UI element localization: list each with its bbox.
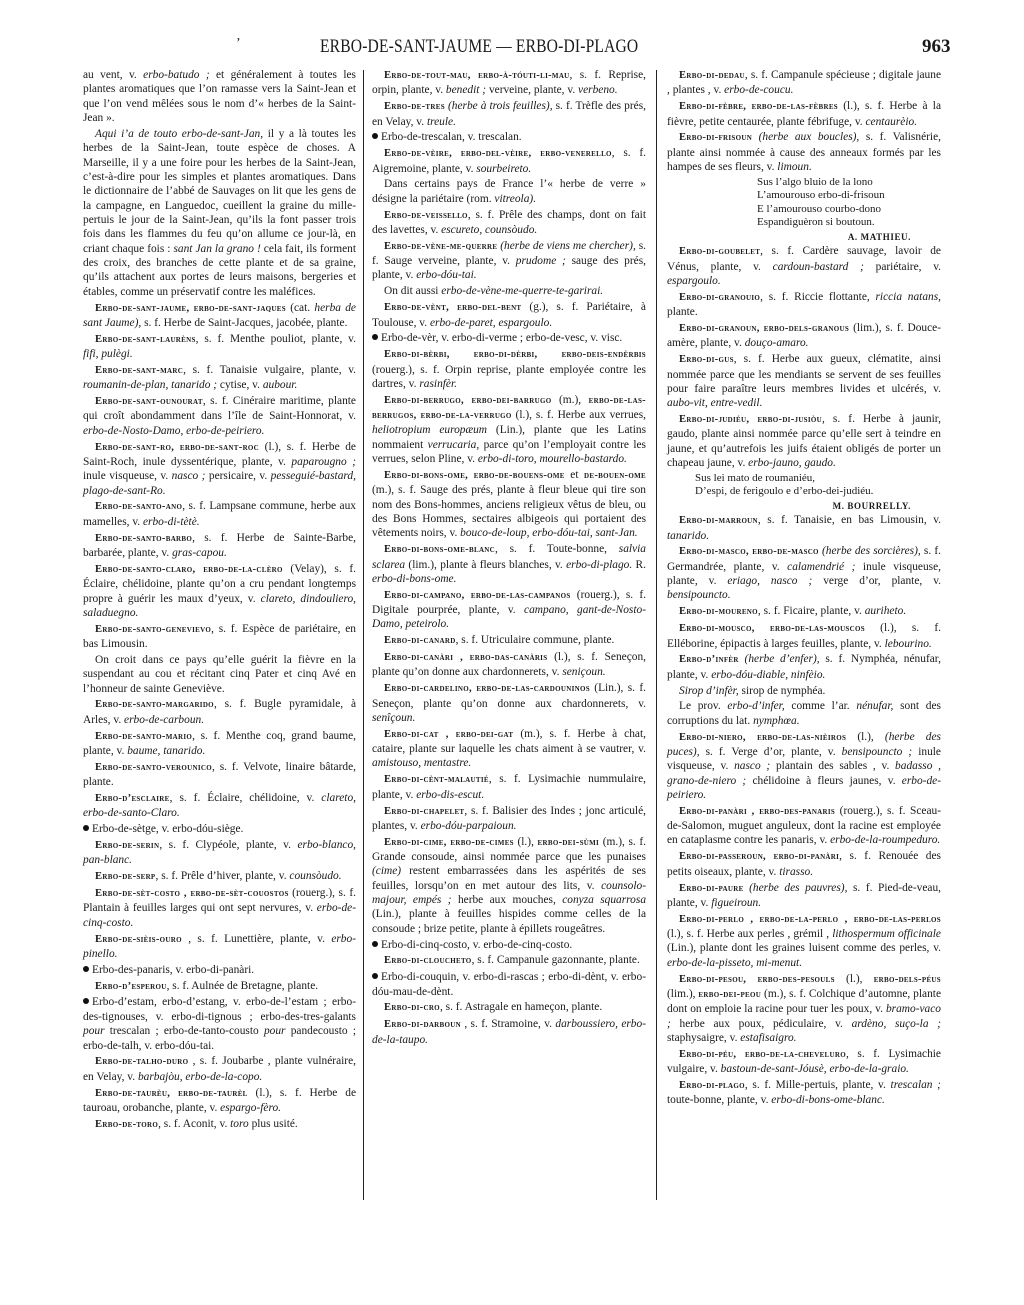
headword: Erbo-de-vène-me-querre	[384, 241, 497, 252]
body-text: On dit aussi	[384, 285, 441, 297]
dictionary-entry: Erbo-di-marroun, s. f. Tanaisie, en bas …	[667, 513, 941, 543]
headword: Erbo-de-taurèu, erbo-de-taurèl	[95, 1088, 248, 1099]
italic-text: verrucaria,	[428, 439, 484, 451]
headword: Erbo-di-bèrbi, erbo-di-dèrbi, erbo-deis-…	[384, 349, 646, 360]
body-text: , s. f. Tanaisie vulgaire, plante, v.	[183, 364, 356, 376]
headword: Erbo-d’esclaire	[95, 793, 170, 804]
headword: Erbo-di-cime, erbo-de-cimes	[384, 837, 514, 848]
continued-text: au vent, v. erbo-batudo ; et généralemen…	[83, 68, 356, 125]
italic-text: erbo-jauno, gaudo.	[748, 457, 836, 469]
body-text: R.	[636, 559, 646, 571]
dictionary-entry: Erbo-de-vène-me-querre (herbe de viens m…	[372, 239, 646, 283]
body-text: plus usité.	[252, 1118, 298, 1130]
italic-text: (cime)	[372, 865, 409, 877]
headword: Erbo-di-péu, erbo-de-la-cheveluro	[679, 1049, 846, 1060]
italic-text: erbo-di-plago.	[566, 559, 635, 571]
italic-text: erbo-di-tètè.	[143, 516, 200, 528]
headword: Erbo-di-marroun	[679, 515, 758, 526]
dictionary-entry: Erbo-de-veissello, s. f. Prêle des champ…	[372, 208, 646, 238]
italic-text: bouco-de-loup, erbo-dóu-tai, sant-Jan.	[460, 527, 637, 539]
body-text: , s. f. Mille-pertuis, plante, v.	[745, 1079, 891, 1091]
headword: Erbo-d’esperou	[95, 981, 167, 992]
headword: Erbo-de-sèt-costo , erbo-de-sèt-couostos	[95, 888, 289, 899]
headword: Erbo-de-tout-mau, erbo-à-tóuti-li-mau	[384, 70, 570, 81]
italic-text: aubour.	[263, 379, 298, 391]
dictionary-entry: Erbo-d’esclaire, s. f. Éclaire, chélidoi…	[83, 791, 356, 821]
italic-text: benedit ;	[446, 84, 489, 96]
stray-mark: ʼ	[236, 36, 241, 52]
italic-text: douço-amaro.	[745, 337, 809, 349]
headword: Erbo-de-toro	[95, 1119, 158, 1130]
headword: Erbo-de-sant-jaume, erbo-de-sant-jaques	[95, 303, 286, 314]
italic-text: verbeno.	[578, 84, 618, 96]
headword: Erbo-di-goubelet	[679, 246, 760, 257]
dictionary-entry: Erbo-di-granouio, s. f. Riccie flottante…	[667, 290, 941, 320]
headword: Erbo-di-panàri , erbo-des-panaris	[679, 806, 835, 817]
bullet-icon	[372, 334, 378, 340]
italic-text: toro	[230, 1118, 251, 1130]
verse-line: D’espi, de ferigoulo e d’erbo-dei-judiéu…	[667, 485, 941, 499]
headword: Erbo-di-plago	[679, 1080, 745, 1091]
body-text: s. f. Herbe de Saint-Jacques, jacobée, p…	[144, 317, 347, 329]
italic-text: senîçoun.	[372, 712, 415, 724]
italic-text: erbo-dóu-tai.	[416, 269, 476, 281]
headword: Erbo-di-cènt-malautié	[384, 774, 489, 785]
headword: Erbo-di-canàri , erbo-das-canàris	[384, 652, 547, 663]
body-text: chélidoine à fleurs jaunes, v.	[752, 775, 901, 787]
cross-reference-entry: Erbo-de-vèr, v. erbo-di-verme ; erbo-de-…	[372, 331, 646, 345]
dictionary-entry: On croit dans ce pays qu’elle guérit la …	[83, 653, 356, 696]
dictionary-entry: Erbo-di-perlo , erbo-de-la-perlo , erbo-…	[667, 912, 941, 970]
bullet-icon	[372, 941, 378, 947]
column-1: au vent, v. erbo-batudo ; et généralemen…	[83, 68, 356, 1134]
bullet-icon	[372, 133, 378, 139]
italic-text: erbo-de-Nosto-Damo, erbo-de-peiriero.	[83, 425, 264, 437]
dictionary-entry: Erbo-di-cat , erbo-dei-gat (m.), s. f. H…	[372, 727, 646, 771]
verse-line: L’amourouso erbo-di-frisoun	[667, 189, 941, 203]
italic-text: (herbe à trois feuilles),	[445, 100, 556, 112]
body-text: , s. f. Ficaire, plante, v.	[758, 605, 865, 617]
body-text: Erbo-de-vèr, v. erbo-di-verme ; erbo-de-…	[381, 332, 622, 344]
headword: erbo-dels-péus	[874, 974, 941, 985]
body-text: sirop de nymphéa.	[742, 685, 826, 697]
italic-text: pour	[264, 1025, 291, 1037]
body-text: persicaire, v.	[209, 470, 271, 482]
italic-text: tanarido.	[667, 530, 709, 542]
italic-text: (herbe des pauvres),	[744, 882, 853, 894]
italic-text: sourbeireto.	[476, 163, 531, 175]
headword: Erbo-de-tres	[384, 101, 445, 112]
dictionary-entry: Erbo-d’infèr (herbe d’enfer), s. f. Nymp…	[667, 652, 941, 682]
body-text: Erbo-di-cinq-costo, v. erbo-de-cinq-cost…	[381, 939, 572, 951]
body-text: plantain des sables , v.	[776, 760, 895, 772]
quote-author: A. MATHIEU.	[667, 230, 911, 244]
dictionary-entry: Erbo-de-sant-jaume, erbo-de-sant-jaques …	[83, 301, 356, 331]
body-text: , s. f. Stramoine, v.	[461, 1018, 555, 1030]
verse-line: E l’amourouso courbo-dono	[667, 203, 941, 217]
headword: Erbo-di-perlo , erbo-de-la-perlo , erbo-…	[679, 914, 941, 925]
dictionary-entry: Erbo-de-talho-duro , s. f. Joubarbe , pl…	[83, 1054, 356, 1084]
verse-line: Sus lei mato de roumaniéu,	[667, 472, 941, 486]
body-text: (l.),	[835, 973, 874, 985]
dictionary-entry: Erbo-di-bèrbi, erbo-di-dèrbi, erbo-deis-…	[372, 347, 646, 391]
italic-text: Sirop d’infèr,	[679, 685, 742, 697]
body-text: verveine, plante, v.	[489, 84, 578, 96]
headword: Erbo-di-frisoun	[679, 132, 752, 143]
body-text: (lim.), plante à fleurs blanches, v.	[408, 559, 566, 571]
body-text: inule visqueuse, v.	[83, 470, 172, 482]
italic-text: baume, tanarido.	[127, 745, 205, 757]
headword: Erbo-de-sièis-ouro	[95, 934, 182, 945]
dictionary-entry: On dit aussi erbo-de-vène-me-querre-te-g…	[372, 284, 646, 298]
italic-text: bensipouncto.	[667, 589, 731, 601]
italic-text: erbo-dóu-parpaioun.	[421, 820, 517, 832]
headword: Erbo-di-mousco, erbo-de-las-mouscos	[679, 623, 865, 634]
dictionary-entry: Erbo-de-santo-mario, s. f. Menthe coq, g…	[83, 729, 356, 759]
body-text: (l.),	[846, 731, 885, 743]
headword: Erbo-di-bons-ome, erbo-de-bouens-ome	[384, 470, 565, 481]
italic-text: espargo-fèro.	[220, 1102, 281, 1114]
italic-text: amistouso, mentastre.	[372, 757, 471, 769]
italic-text: erbo-dóu-diable, ninfèio.	[711, 669, 825, 681]
italic-text: prudome ;	[516, 255, 572, 267]
dictionary-entry: Erbo-de-sant-ounourat, s. f. Cinéraire m…	[83, 394, 356, 438]
italic-text: seniçoun.	[562, 666, 605, 678]
body-text: On croit dans ce pays qu’elle guérit la …	[83, 654, 356, 695]
headword: Erbo-de-sant-laurèns	[95, 334, 196, 345]
dictionary-entry: Erbo-d’esperou, s. f. Aulnée de Bretagne…	[83, 979, 356, 994]
headword: Erbo-di-chapelet	[384, 806, 464, 817]
italic-text: paparougno ;	[291, 456, 356, 468]
italic-text: (herbe aux boucles),	[752, 131, 866, 143]
italic-text: (herbe de viens me chercher),	[497, 240, 638, 252]
headword: Erbo-di-judiéu, erbo-di-jusiòu	[679, 414, 822, 425]
dictionary-entry: Erbo-di-cime, erbo-de-cimes (l.), erbo-d…	[372, 835, 646, 936]
headword: Erbo-di-canard	[384, 635, 456, 646]
dictionary-entry: Erbo-de-santo-verounico, s. f. Velvote, …	[83, 760, 356, 790]
body-text: (l.), s. f. Herbe aux verrues,	[512, 409, 646, 421]
body-text: Erbo-di-couquin, v. erbo-di-rascas ; erb…	[372, 971, 646, 997]
headword: Erbo-di-gus	[679, 354, 734, 365]
italic-text: erbo-di-toro, mourello-bastardo.	[478, 453, 627, 465]
body-text: , s. f. Aulnée de Bretagne, plante.	[167, 980, 319, 992]
body-text: toute-bonne, plante, v.	[667, 1094, 771, 1106]
italic-text: espargoulo.	[667, 275, 721, 287]
italic-text: gras-capou.	[172, 547, 227, 559]
dictionary-entry: Erbo-di-chapelet, s. f. Balisier des Ind…	[372, 804, 646, 834]
headword: Erbo-di-campano, erbo-de-las-campanos	[384, 590, 571, 601]
dictionary-entry: Erbo-di-canard, s. f. Utriculaire commun…	[372, 633, 646, 648]
italic-text: trescalan ;	[891, 1079, 941, 1091]
column-3: Erbo-di-dedau, s. f. Campanule spécieuse…	[667, 68, 941, 1109]
body-text: (Lin.), plante à feuilles hispides comme…	[372, 908, 646, 934]
italic-text: erbo-di-bons-ome.	[372, 573, 456, 585]
italic-text: limoun.	[777, 161, 812, 173]
body-text: (l.), s. f. Herbe aux perles , grémil ,	[667, 928, 832, 940]
dictionary-entry: Erbo-di-péu, erbo-de-la-cheveluro, s. f.…	[667, 1047, 941, 1077]
dictionary-entry: Erbo-di-cro, s. f. Astragale en hameçon,…	[372, 1000, 646, 1015]
dictionary-entry: Erbo-di-granoun, erbo-dels-granous (lim.…	[667, 321, 941, 351]
italic-text: nasco ;	[172, 470, 209, 482]
italic-text: erbo-de-la-roumpeduro.	[830, 834, 940, 846]
body-text: (cat.	[286, 302, 314, 314]
body-text: et	[565, 469, 584, 481]
body-text: , s. f. Clypéole, plante, v.	[159, 839, 297, 851]
italic-text: erbo-dis-escut.	[416, 789, 484, 801]
dictionary-entry: Erbo-di-campano, erbo-de-las-campanos (r…	[372, 588, 646, 632]
italic-text: erbo-de-carboun.	[124, 714, 204, 726]
quote-author: M. BOURRELLY.	[667, 499, 911, 513]
italic-text: nymphœa.	[753, 715, 800, 727]
dictionary-entry: Erbo-di-moureno, s. f. Ficaire, plante, …	[667, 604, 941, 619]
body-text: (Lin.), plante dont les graines luisent …	[667, 942, 941, 954]
bullet-icon	[83, 998, 89, 1004]
body-text: (lim.),	[667, 988, 698, 1000]
dictionary-entry: Erbo-de-sèt-costo , erbo-de-sèt-couostos…	[83, 886, 356, 930]
italic-text: pour	[83, 1025, 110, 1037]
headword: Erbo-di-cat , erbo-dei-gat	[384, 729, 513, 740]
headword: Erbo-de-santo-genevievo	[95, 624, 211, 635]
dictionary-entry: Erbo-de-sant-ro, erbo-de-sant-roc (l.), …	[83, 440, 356, 498]
dictionary-entry: Erbo-di-goubelet, s. f. Cardère sauvage,…	[667, 244, 941, 288]
dictionary-entry: Erbo-de-vèire, erbo-del-vèire, erbo-vene…	[372, 146, 646, 176]
dictionary-entry: Erbo-de-serin, s. f. Clypéole, plante, v…	[83, 838, 356, 868]
headword: Erbo-de-santo-verounico	[95, 762, 212, 773]
italic-text: auriheto.	[865, 605, 906, 617]
dictionary-entry: Erbo-di-frisoun (herbe aux boucles), s. …	[667, 130, 941, 174]
body-text: (l.),	[514, 836, 538, 848]
headword: Erbo-de-santo-barbo	[95, 533, 192, 544]
headword: Erbo-di-passeroun, erbo-di-panàri	[679, 851, 839, 862]
body-text: Erbo-de-sètge, v. erbo-dóu-siège.	[92, 823, 243, 835]
italic-text: bastoun-de-sant-Jóusè, erbo-de-la-graio.	[721, 1063, 909, 1075]
bullet-icon	[83, 825, 89, 831]
body-text: , s. f. Lunettière, plante, v.	[182, 933, 331, 945]
headword: Erbo-de-sant-ro, erbo-de-sant-roc	[95, 442, 259, 453]
headword: Erbo-de-santo-claro, erbo-de-la-clèro	[95, 564, 283, 575]
italic-text: counsòudo.	[289, 870, 341, 882]
headword: Erbo-di-niero, erbo-de-las-nièiros	[679, 732, 846, 743]
headword: Erbo-di-dedau	[679, 70, 745, 81]
body-text: pariétaire, v.	[876, 261, 941, 273]
headword: Erbo-di-cardelino, erbo-de-las-cardounin…	[384, 683, 590, 694]
italic-text: roumanin-de-plan, tanarido ;	[83, 379, 220, 391]
headword: erbo-dei-peou	[698, 989, 761, 1000]
body-text: trescalan ; erbo-de-tanto-cousto	[110, 1025, 264, 1037]
italic-text: erbo-di-bons-ome-blanc.	[771, 1094, 885, 1106]
headword: Erbo-de-santo-margarido	[95, 699, 214, 710]
italic-text: (herbe d’enfer),	[739, 653, 826, 665]
body-text: , s. f. Riccie flottante,	[760, 291, 875, 303]
headword: Erbo-di-granouio	[679, 292, 760, 303]
column-divider	[363, 70, 364, 1200]
dictionary-entry: Sirop d’infèr, sirop de nymphéa.	[667, 684, 941, 698]
body-text: , s. f. Prêle d’hiver, plante, v.	[156, 870, 290, 882]
headword: de-bouen-ome	[584, 470, 646, 481]
body-text: il y a là toutes les herbes de la Saint-…	[83, 128, 356, 255]
italic-text: erbo-de-coucu.	[724, 84, 793, 96]
italic-text: vitreola).	[494, 193, 536, 205]
headword: Erbo-di-cloucheto	[384, 955, 472, 966]
body-text: s. f. Verge d’or, plante, v.	[706, 746, 842, 758]
body-text: Erbo-d’estam, erbo-d’estang, v. erbo-de-…	[83, 996, 356, 1022]
dictionary-entry: Erbo-de-vènt, erbo-del-bent (g.), s. f. …	[372, 300, 646, 330]
body-text: plante.	[667, 306, 698, 318]
body-text: (rouerg.), s. f. Orpin reprise, plante e…	[372, 364, 646, 390]
dictionary-entry: Erbo-di-plago, s. f. Mille-pertuis, plan…	[667, 1078, 941, 1108]
italic-text: eriago, nasco ;	[727, 575, 823, 587]
headword: Erbo-de-santo-ano	[95, 501, 182, 512]
headword: Erbo-di-pesou, erbo-des-pesouls	[679, 974, 835, 985]
italic-text: centaurèio.	[866, 116, 918, 128]
headword: Erbo-de-vèire, erbo-del-vèire, erbo-vene…	[384, 148, 612, 159]
cross-reference-entry: Erbo-de-sètge, v. erbo-dóu-siège.	[83, 822, 356, 836]
dictionary-entry: Erbo-di-passeroun, erbo-di-panàri, s. f.…	[667, 849, 941, 879]
headword: erbo-dei-sùmi	[538, 837, 600, 848]
verse-line: Sus l’algo bluio de la lono	[667, 176, 941, 190]
verse-line: Espandiguèron si boutoun.	[667, 216, 941, 230]
italic-text: lebourino.	[885, 638, 932, 650]
cross-reference-entry: Erbo-des-panaris, v. erbo-di-panàri.	[83, 963, 356, 977]
headword: Erbo-d’infèr	[679, 654, 739, 665]
dictionary-entry: Erbo-di-judiéu, erbo-di-jusiòu, s. f. He…	[667, 412, 941, 470]
italic-text: heliotropium europæum	[372, 424, 496, 436]
italic-text: (herbe des sorcières),	[819, 545, 924, 557]
body-text: , s. f. Astragale en hameçon, plante.	[440, 1001, 602, 1013]
body-text: Le prov.	[679, 700, 727, 712]
dictionary-entry: Erbo-di-bons-ome-blanc, s. f. Toute-bonn…	[372, 542, 646, 586]
body-text: Erbo-des-panaris, v. erbo-di-panàri.	[92, 964, 254, 976]
body-text: , s. f. Tanaisie, en bas Limousin, v.	[758, 514, 941, 526]
italic-text: rasinfèr.	[419, 378, 457, 390]
cross-reference-entry: Erbo-di-cinq-costo, v. erbo-de-cinq-cost…	[372, 938, 646, 952]
headword: Erbo-di-masco, erbo-de-masco	[679, 546, 819, 557]
body-text: , s. f. Utriculaire commune, plante.	[456, 634, 615, 646]
dictionary-entry: Erbo-di-canàri , erbo-das-canàris (l.), …	[372, 650, 646, 680]
dictionary-entry: Erbo-di-bons-ome, erbo-de-bouens-ome et …	[372, 468, 646, 541]
cross-reference-entry: Erbo-de-trescalan, v. trescalan.	[372, 130, 646, 144]
dictionary-entry: Erbo-di-darboun , s. f. Stramoine, v. da…	[372, 1017, 646, 1047]
headword: Erbo-de-sant-ounourat	[95, 396, 203, 407]
dictionary-entry: Erbo-di-masco, erbo-de-masco (herbe des …	[667, 544, 941, 602]
italic-text: erbo-batudo ;	[143, 69, 216, 81]
dictionary-entry: Erbo-de-taurèu, erbo-de-taurèl (l.), s. …	[83, 1086, 356, 1116]
dictionary-entry: Erbo-di-mousco, erbo-de-las-mouscos (l.)…	[667, 621, 941, 651]
running-head-title: ERBO-DE-SANT-JAUME — ERBO-DI-PLAGO	[320, 36, 638, 58]
headword: Erbo-de-talho-duro	[95, 1056, 188, 1067]
italic-text: calamendrié ;	[787, 561, 863, 573]
dictionary-entry: Erbo-di-panàri , erbo-des-panaris (rouer…	[667, 804, 941, 848]
column-2: Erbo-de-tout-mau, erbo-à-tóuti-li-mau, s…	[372, 68, 646, 1049]
page-number: 963	[922, 36, 951, 58]
bullet-icon	[83, 966, 89, 972]
dictionary-entry: Dans certains pays de France l’« herbe d…	[372, 177, 646, 206]
dictionary-entry: Erbo-di-cardelino, erbo-de-las-cardounin…	[372, 681, 646, 725]
dictionary-entry: Erbo-de-tout-mau, erbo-à-tóuti-li-mau, s…	[372, 68, 646, 98]
italic-text: lithospermum officinale	[832, 928, 941, 940]
italic-text: erbo-de-la-pisseto, mi-menut.	[667, 957, 802, 969]
italic-text: barbajòu, erbo-de-la-copo.	[138, 1071, 262, 1083]
italic-text: estafisaigro.	[740, 1032, 796, 1044]
dictionary-entry: Erbo-de-santo-margarido, s. f. Bugle pyr…	[83, 697, 356, 727]
italic-text: conyza squarrosa	[562, 894, 646, 906]
headword: Erbo-de-veissello	[384, 210, 468, 221]
dictionary-entry: Erbo-de-santo-ano, s. f. Lampsane commun…	[83, 499, 356, 529]
italic-text: erbo-d’infer,	[727, 700, 791, 712]
dictionary-entry: Erbo-di-cloucheto, s. f. Campanule gazon…	[372, 953, 646, 968]
body-text: , s. f. Campanule gazonnante, plante.	[472, 954, 640, 966]
italic-text: fifi, pulègi.	[83, 348, 133, 360]
italic-text: riccia natans,	[875, 291, 941, 303]
dictionary-entry: Erbo-de-sant-laurèns, s. f. Menthe pouli…	[83, 332, 356, 362]
body-text: herbe aux mouches,	[458, 894, 562, 906]
italic-text: figueiroun.	[711, 897, 761, 909]
headword: Erbo-di-berrugo, erbo-dei-barrugo	[384, 395, 551, 406]
italic-text: cardoun-bastard ;	[773, 261, 876, 273]
cross-reference-entry: Erbo-di-couquin, v. erbo-di-rascas ; erb…	[372, 970, 646, 999]
italic-text: ardèno, suço-la ;	[852, 1018, 941, 1030]
dictionary-entry: Erbo-di-cènt-malautié, s. f. Lysimachie …	[372, 772, 646, 802]
page-header: ʼ ERBO-DE-SANT-JAUME — ERBO-DI-PLAGO 963	[0, 36, 1024, 60]
headword: Erbo-de-serp	[95, 871, 156, 882]
body-text: staphysaigre, v.	[667, 1032, 740, 1044]
italic-text: nasco ;	[734, 760, 776, 772]
italic-text: erbo-de-vène-me-querre-te-garirai.	[441, 285, 603, 297]
dictionary-entry: Erbo-di-pesou, erbo-des-pesouls (l.), er…	[667, 972, 941, 1046]
body-text: , s. f. Toute-bonne,	[495, 543, 619, 555]
italic-text: sant Jan la grano !	[173, 243, 263, 255]
body-text: verge d’or, plante, v.	[823, 575, 941, 587]
dictionary-entry: Erbo-di-paure (herbe des pauvres), s. f.…	[667, 881, 941, 911]
body-text: au vent, v.	[83, 69, 143, 81]
dictionary-entry: Erbo-de-santo-claro, erbo-de-la-clèro (V…	[83, 562, 356, 620]
column-divider	[656, 70, 657, 1200]
body-text: herbe aux poux, pédiculaire, v.	[680, 1018, 852, 1030]
bullet-icon	[372, 973, 378, 979]
dictionary-entry: Erbo-di-fèbre, erbo-de-las-fèbres (l.), …	[667, 99, 941, 129]
body-text: comme l’ar.	[791, 700, 856, 712]
dictionary-entry: Erbo-de-santo-barbo, s. f. Herbe de Sain…	[83, 531, 356, 561]
headword: Erbo-de-santo-mario	[95, 731, 192, 742]
headword: Erbo-de-sant-marc	[95, 365, 183, 376]
dictionary-entry: Erbo-de-toro, s. f. Aconit, v. toro plus…	[83, 1117, 356, 1132]
dictionary-entry: Erbo-de-sant-marc, s. f. Tanaisie vulgai…	[83, 363, 356, 393]
headword: Erbo-di-bons-ome-blanc	[384, 544, 495, 555]
dictionary-entry: Erbo-di-dedau, s. f. Campanule spécieuse…	[667, 68, 941, 98]
headword: Erbo-di-moureno	[679, 606, 758, 617]
body-text: , s. f. Aconit, v.	[158, 1118, 230, 1130]
headword: Erbo-di-darboun	[384, 1019, 461, 1030]
italic-text: Aqui i’a de touto erbo-de-sant-Jan,	[95, 128, 268, 140]
body-text: (m.),	[551, 394, 588, 406]
dictionary-entry: Erbo-di-niero, erbo-de-las-nièiros (l.),…	[667, 730, 941, 803]
italic-text: nénufar,	[856, 700, 900, 712]
headword: Erbo-di-fèbre, erbo-de-las-fèbres	[679, 101, 838, 112]
dictionary-entry: Erbo-de-santo-genevievo, s. f. Espèce de…	[83, 622, 356, 652]
body-text: , s. f. Éclaire, chélidoine, v.	[170, 792, 322, 804]
italic-text: tirasso.	[779, 866, 813, 878]
dictionary-entry: Aqui i’a de touto erbo-de-sant-Jan, il y…	[83, 127, 356, 299]
body-text: cytise, v.	[220, 379, 263, 391]
italic-text: treule.	[427, 116, 456, 128]
headword: Erbo-di-granoun, erbo-dels-granous	[679, 323, 849, 334]
italic-text: erbo-de-paret, espargoulo.	[430, 317, 552, 329]
italic-text: aubo-vit, entre-vedil.	[667, 397, 762, 409]
body-text: Erbo-de-trescalan, v. trescalan.	[381, 131, 522, 143]
body-text: , s. f. Menthe pouliot, plante, v.	[196, 333, 356, 345]
dictionary-entry: Erbo-di-gus, s. f. Herbe aux gueux, clém…	[667, 352, 941, 410]
headword: Erbo-de-vènt, erbo-del-bent	[384, 302, 521, 313]
